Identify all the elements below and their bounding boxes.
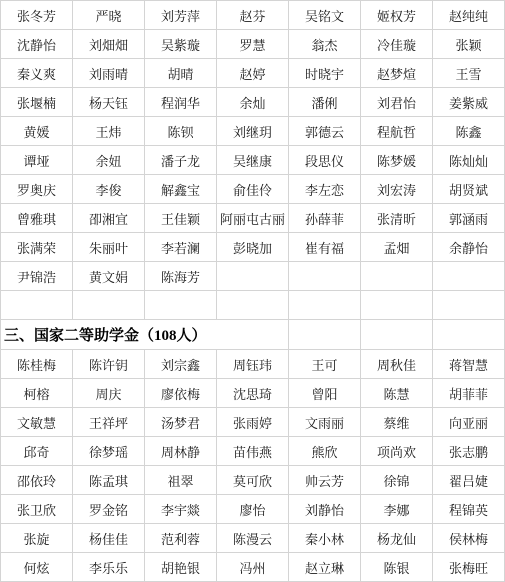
name-cell: 陈许钥: [73, 350, 145, 379]
name-cell: 向亚丽: [433, 408, 505, 437]
name-cell: 翁杰: [289, 30, 361, 59]
name-cell: 张志鹏: [433, 437, 505, 466]
name-cell: 陈灿灿: [433, 146, 505, 175]
name-cell: 陈梦媛: [361, 146, 433, 175]
name-cell: 秦义爽: [1, 59, 73, 88]
name-cell: 余静怡: [433, 233, 505, 262]
name-cell: 陈桂梅: [1, 350, 73, 379]
name-cell: 孟畑: [361, 233, 433, 262]
lower-recipients-table: 陈桂梅陈许钥刘宗鑫周钰玮王可周秋佳蒋智慧柯榕周庆廖依梅沈思琦曾阳陈慧胡菲菲文敏慧…: [0, 349, 505, 582]
name-cell: 陈漫云: [217, 524, 289, 553]
name-cell: 尹锦浩: [1, 262, 73, 291]
table-row: 张堰楠杨天钰程润华余灿潘俐刘君怡姜紫威: [1, 88, 505, 117]
table-row: 尹锦浩黄文娟陈海芳: [1, 262, 505, 291]
table-row: 邵依玲陈孟琪祖翠莫可欣帅云芳徐锦翟吕婕: [1, 466, 505, 495]
name-cell: 严晓: [73, 1, 145, 30]
name-cell: 邱奇: [1, 437, 73, 466]
name-cell: 姜紫威: [433, 88, 505, 117]
table-row: 黄媛王炜陈钡刘继玥郭德云程航哲陈鑫: [1, 117, 505, 146]
name-cell: 熊欣: [289, 437, 361, 466]
name-cell: 郭德云: [289, 117, 361, 146]
name-cell: 张堰楠: [1, 88, 73, 117]
name-cell: 张旋: [1, 524, 73, 553]
name-cell: 曾雅琪: [1, 204, 73, 233]
name-cell: 胡贤斌: [433, 175, 505, 204]
name-cell: 陈慧: [361, 379, 433, 408]
name-cell: 解鑫宝: [145, 175, 217, 204]
empty-cell: [361, 291, 433, 320]
name-cell: 秦小林: [289, 524, 361, 553]
name-cell: 李宇燚: [145, 495, 217, 524]
name-cell: 沈思琦: [217, 379, 289, 408]
name-cell: 卲湘宜: [73, 204, 145, 233]
name-cell: 周林静: [145, 437, 217, 466]
table-row: 陈桂梅陈许钥刘宗鑫周钰玮王可周秋佳蒋智慧: [1, 350, 505, 379]
table-row: 文敏慧王祥坪汤梦君张雨婷文雨丽蔡维向亚丽: [1, 408, 505, 437]
table-row: 柯榕周庆廖依梅沈思琦曾阳陈慧胡菲菲: [1, 379, 505, 408]
name-cell: 蔡维: [361, 408, 433, 437]
table-row: 张卫欣罗金铭李宇燚廖怡刘静怡李娜程锦英: [1, 495, 505, 524]
name-cell: 黄媛: [1, 117, 73, 146]
table-row: 罗奥庆李俊解鑫宝俞佳伶李左恋刘宏涛胡贤斌: [1, 175, 505, 204]
name-cell: 翟吕婕: [433, 466, 505, 495]
empty-cell: [433, 320, 505, 350]
name-cell: 赵婷: [217, 59, 289, 88]
empty-cell: [361, 262, 433, 291]
section-heading-band: 三、国家二等助学金（108人）: [0, 319, 505, 350]
name-cell: 郭涵雨: [433, 204, 505, 233]
name-cell: 文敏慧: [1, 408, 73, 437]
name-cell: 刘雨晴: [73, 59, 145, 88]
name-cell: 胡艳银: [145, 553, 217, 582]
name-cell: 文雨丽: [289, 408, 361, 437]
name-cell: 廖怡: [217, 495, 289, 524]
empty-cell: [217, 262, 289, 291]
name-cell: 周秋佳: [361, 350, 433, 379]
name-cell: 陈孟琪: [73, 466, 145, 495]
name-cell: 姬权芳: [361, 1, 433, 30]
name-cell: 杨龙仙: [361, 524, 433, 553]
name-cell: 帅云芳: [289, 466, 361, 495]
name-cell: 徐梦瑶: [73, 437, 145, 466]
empty-cell: [289, 320, 361, 350]
name-cell: 潘子龙: [145, 146, 217, 175]
name-cell: 赵立琳: [289, 553, 361, 582]
name-cell: 张梅旺: [433, 553, 505, 582]
name-cell: 范利蓉: [145, 524, 217, 553]
name-cell: 王可: [289, 350, 361, 379]
table-row: 秦义爽刘雨晴胡晴赵婷时晓宇赵梦煊王雪: [1, 59, 505, 88]
name-cell: 罗慧: [217, 30, 289, 59]
name-cell: 朱丽叶: [73, 233, 145, 262]
name-cell: 杨天钰: [73, 88, 145, 117]
name-cell: 张满荣: [1, 233, 73, 262]
name-cell: 俞佳伶: [217, 175, 289, 204]
name-cell: 李俊: [73, 175, 145, 204]
empty-cell: [433, 291, 505, 320]
empty-cell: [433, 262, 505, 291]
section-heading-row: 三、国家二等助学金（108人）: [1, 320, 505, 350]
name-cell: 曾阳: [289, 379, 361, 408]
name-cell: 胡菲菲: [433, 379, 505, 408]
name-cell: 陈银: [361, 553, 433, 582]
table-row: 谭垭余妞潘子龙吴继康段思仪陈梦媛陈灿灿: [1, 146, 505, 175]
name-cell: 项尚欢: [361, 437, 433, 466]
name-cell: 王雪: [433, 59, 505, 88]
name-cell: 张卫欣: [1, 495, 73, 524]
table-row: 曾雅琪卲湘宜王佳颖阿丽屯古丽孙薛菲张清昕郭涵雨: [1, 204, 505, 233]
name-cell: 段思仪: [289, 146, 361, 175]
name-cell: 廖依梅: [145, 379, 217, 408]
name-cell: 程锦英: [433, 495, 505, 524]
name-cell: 吴继康: [217, 146, 289, 175]
name-cell: 李乐乐: [73, 553, 145, 582]
name-cell: 陈海芳: [145, 262, 217, 291]
name-cell: 徐锦: [361, 466, 433, 495]
name-cell: 王佳颖: [145, 204, 217, 233]
name-cell: 苗伟燕: [217, 437, 289, 466]
name-cell: 冷佳璇: [361, 30, 433, 59]
name-cell: 程润华: [145, 88, 217, 117]
name-cell: 张雨婷: [217, 408, 289, 437]
name-cell: 周钰玮: [217, 350, 289, 379]
empty-cell: [289, 262, 361, 291]
empty-cell: [217, 291, 289, 320]
name-cell: 祖翠: [145, 466, 217, 495]
name-cell: 李若澜: [145, 233, 217, 262]
name-cell: 沈静怡: [1, 30, 73, 59]
name-cell: 时晓宇: [289, 59, 361, 88]
name-cell: 张颖: [433, 30, 505, 59]
name-cell: 刘静怡: [289, 495, 361, 524]
name-cell: 柯榕: [1, 379, 73, 408]
name-cell: 莫可欣: [217, 466, 289, 495]
name-cell: 李娜: [361, 495, 433, 524]
table-row: 沈静怡刘畑畑吴紫璇罗慧翁杰冷佳璇张颖: [1, 30, 505, 59]
name-cell: 李左恋: [289, 175, 361, 204]
name-cell: 侯林梅: [433, 524, 505, 553]
name-cell: 谭垭: [1, 146, 73, 175]
empty-cell: [145, 291, 217, 320]
name-cell: 刘芳萍: [145, 1, 217, 30]
name-cell: 汤梦君: [145, 408, 217, 437]
name-cell: 刘君怡: [361, 88, 433, 117]
name-cell: 赵梦煊: [361, 59, 433, 88]
name-cell: 周庆: [73, 379, 145, 408]
name-cell: 张冬芳: [1, 1, 73, 30]
table-row: [1, 291, 505, 320]
table-row: 张满荣朱丽叶李若澜彭晓加崔有福孟畑余静怡: [1, 233, 505, 262]
table-row: 张冬芳严晓刘芳萍赵芬吴铭文姬权芳赵纯纯: [1, 1, 505, 30]
name-cell: 何炫: [1, 553, 73, 582]
document-page: 张冬芳严晓刘芳萍赵芬吴铭文姬权芳赵纯纯沈静怡刘畑畑吴紫璇罗慧翁杰冷佳璇张颖秦义爽…: [0, 0, 505, 582]
name-cell: 程航哲: [361, 117, 433, 146]
name-cell: 赵芬: [217, 1, 289, 30]
name-cell: 胡晴: [145, 59, 217, 88]
name-cell: 余灿: [217, 88, 289, 117]
name-cell: 孙薛菲: [289, 204, 361, 233]
empty-cell: [1, 291, 73, 320]
name-cell: 陈钡: [145, 117, 217, 146]
table-row: 邱奇徐梦瑶周林静苗伟燕熊欣项尚欢张志鹏: [1, 437, 505, 466]
upper-recipients-table: 张冬芳严晓刘芳萍赵芬吴铭文姬权芳赵纯纯沈静怡刘畑畑吴紫璇罗慧翁杰冷佳璇张颖秦义爽…: [0, 0, 505, 320]
name-cell: 吴铭文: [289, 1, 361, 30]
empty-cell: [73, 291, 145, 320]
name-cell: 阿丽屯古丽: [217, 204, 289, 233]
name-cell: 蒋智慧: [433, 350, 505, 379]
empty-cell: [289, 291, 361, 320]
name-cell: 彭晓加: [217, 233, 289, 262]
name-cell: 崔有福: [289, 233, 361, 262]
name-cell: 刘继玥: [217, 117, 289, 146]
name-cell: 陈鑫: [433, 117, 505, 146]
table-row: 何炫李乐乐胡艳银冯州赵立琳陈银张梅旺: [1, 553, 505, 582]
table-row: 张旋杨佳佳范利蓉陈漫云秦小林杨龙仙侯林梅: [1, 524, 505, 553]
name-cell: 刘宏涛: [361, 175, 433, 204]
name-cell: 余妞: [73, 146, 145, 175]
name-cell: 罗金铭: [73, 495, 145, 524]
name-cell: 杨佳佳: [73, 524, 145, 553]
name-cell: 黄文娟: [73, 262, 145, 291]
name-cell: 刘畑畑: [73, 30, 145, 59]
name-cell: 王祥坪: [73, 408, 145, 437]
name-cell: 吴紫璇: [145, 30, 217, 59]
section-heading: 三、国家二等助学金（108人）: [1, 320, 289, 350]
name-cell: 罗奥庆: [1, 175, 73, 204]
name-cell: 王炜: [73, 117, 145, 146]
name-cell: 邵依玲: [1, 466, 73, 495]
name-cell: 刘宗鑫: [145, 350, 217, 379]
name-cell: 张清昕: [361, 204, 433, 233]
name-cell: 潘俐: [289, 88, 361, 117]
empty-cell: [361, 320, 433, 350]
name-cell: 赵纯纯: [433, 1, 505, 30]
name-cell: 冯州: [217, 553, 289, 582]
